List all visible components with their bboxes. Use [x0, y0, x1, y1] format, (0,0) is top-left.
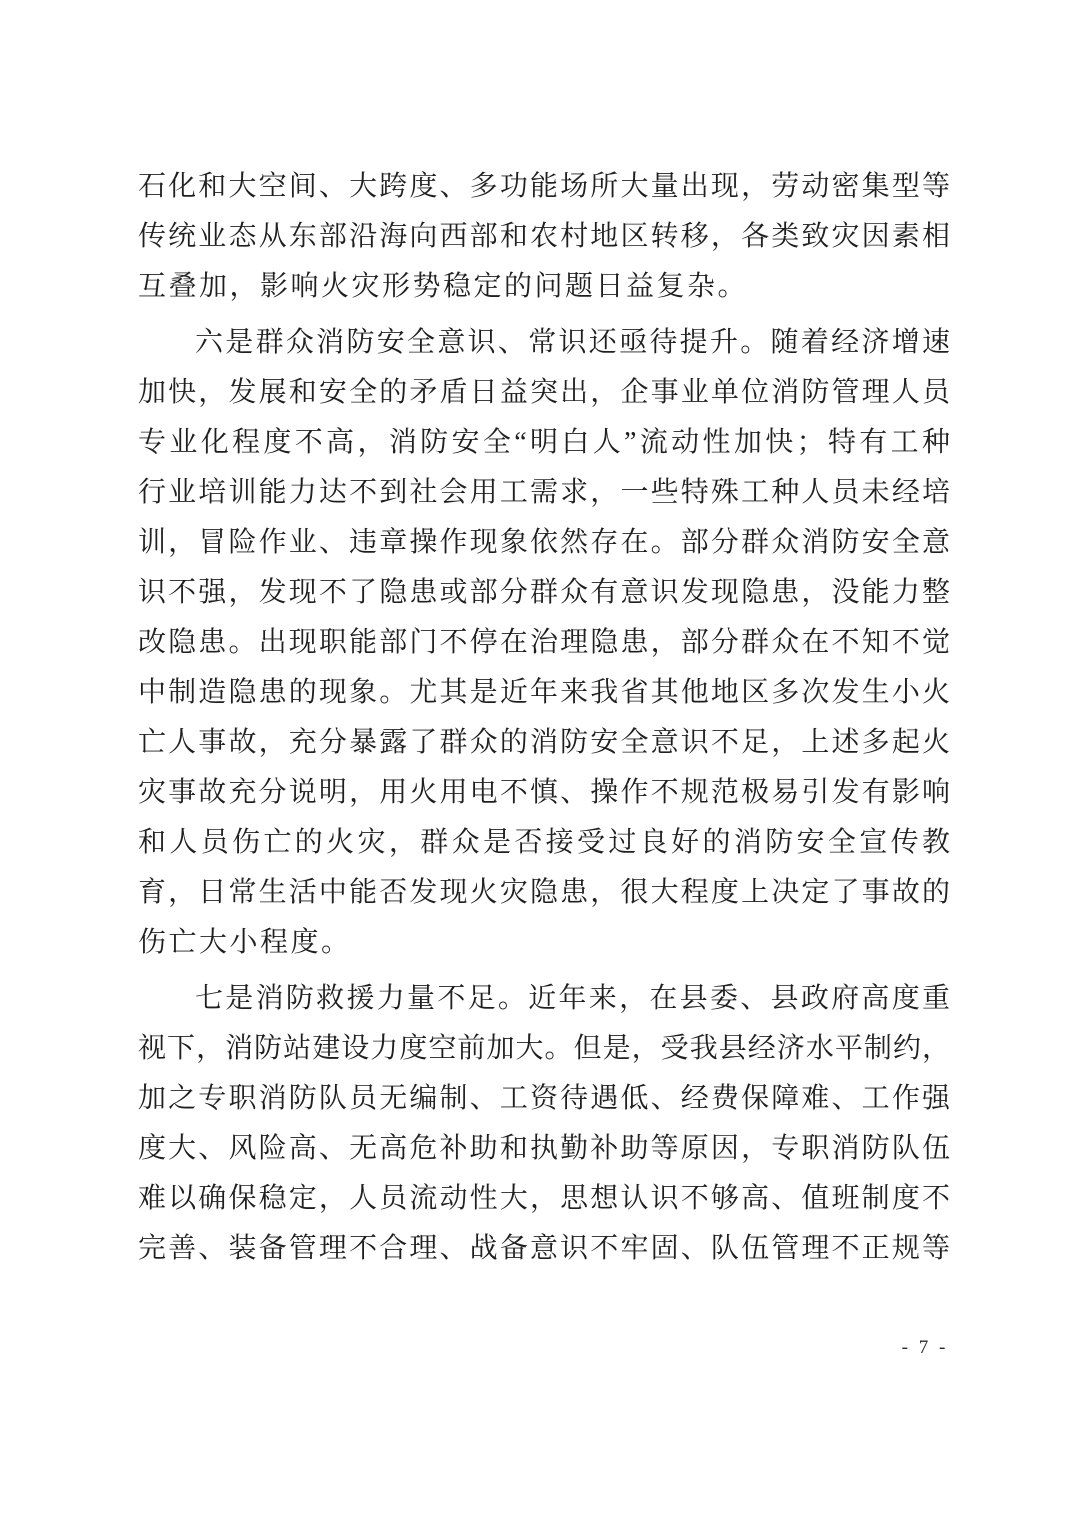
paragraph-line: 中制造隐患的现象。尤其是近年来我省其他地区多次发生小火: [138, 668, 950, 718]
paragraph-line: 加之专职消防队员无编制、工资待遇低、经费保障难、工作强: [138, 1074, 950, 1124]
paragraph-line: 亡人事故，充分暴露了群众的消防安全意识不足，上述多起火: [138, 718, 950, 768]
paragraph-line: 改隐患。出现职能部门不停在治理隐患，部分群众在不知不觉: [138, 618, 950, 668]
paragraph-line: 视下，消防站建设力度空前加大。但是，受我县经济水平制约，: [138, 1024, 950, 1074]
paragraph-line: 育，日常生活中能否发现火灾隐患，很大程度上决定了事故的: [138, 868, 950, 918]
document-body: 石化和大空间、大跨度、多功能场所大量出现，劳动密集型等 传统业态从东部沿海向西部…: [138, 162, 950, 1274]
paragraph-line: 七是消防救援力量不足。近年来，在县委、县政府高度重: [138, 974, 950, 1024]
paragraph-line: 石化和大空间、大跨度、多功能场所大量出现，劳动密集型等: [138, 162, 950, 212]
paragraph-line: 完善、装备管理不合理、战备意识不牢固、队伍管理不正规等: [138, 1224, 950, 1274]
paragraph-line: 度大、风险高、无高危补助和执勤补助等原因，专职消防队伍: [138, 1124, 950, 1174]
page-number: - 7 -: [879, 1334, 971, 1362]
document-page: 石化和大空间、大跨度、多功能场所大量出现，劳动密集型等 传统业态从东部沿海向西部…: [0, 0, 1074, 1520]
paragraph-line: 和人员伤亡的火灾，群众是否接受过良好的消防安全宣传教: [138, 818, 950, 868]
paragraph-line: 行业培训能力达不到社会用工需求，一些特殊工种人员未经培: [138, 468, 950, 518]
paragraph-line: 互叠加，影响火灾形势稳定的问题日益复杂。: [138, 262, 950, 312]
paragraph-line: 六是群众消防安全意识、常识还亟待提升。随着经济增速: [138, 318, 950, 368]
paragraph-line: 难以确保稳定，人员流动性大，思想认识不够高、值班制度不: [138, 1174, 950, 1224]
paragraph-line: 传统业态从东部沿海向西部和农村地区转移，各类致灾因素相: [138, 212, 950, 262]
paragraph-line: 加快，发展和安全的矛盾日益突出，企事业单位消防管理人员: [138, 368, 950, 418]
paragraph-line: 专业化程度不高，消防安全“明白人”流动性加快；特有工种: [138, 418, 950, 468]
paragraph-line: 训，冒险作业、违章操作现象依然存在。部分群众消防安全意: [138, 518, 950, 568]
paragraph-line: 伤亡大小程度。: [138, 918, 950, 968]
paragraph-line: 灾事故充分说明，用火用电不慎、操作不规范极易引发有影响: [138, 768, 950, 818]
paragraph-line: 识不强，发现不了隐患或部分群众有意识发现隐患，没能力整: [138, 568, 950, 618]
